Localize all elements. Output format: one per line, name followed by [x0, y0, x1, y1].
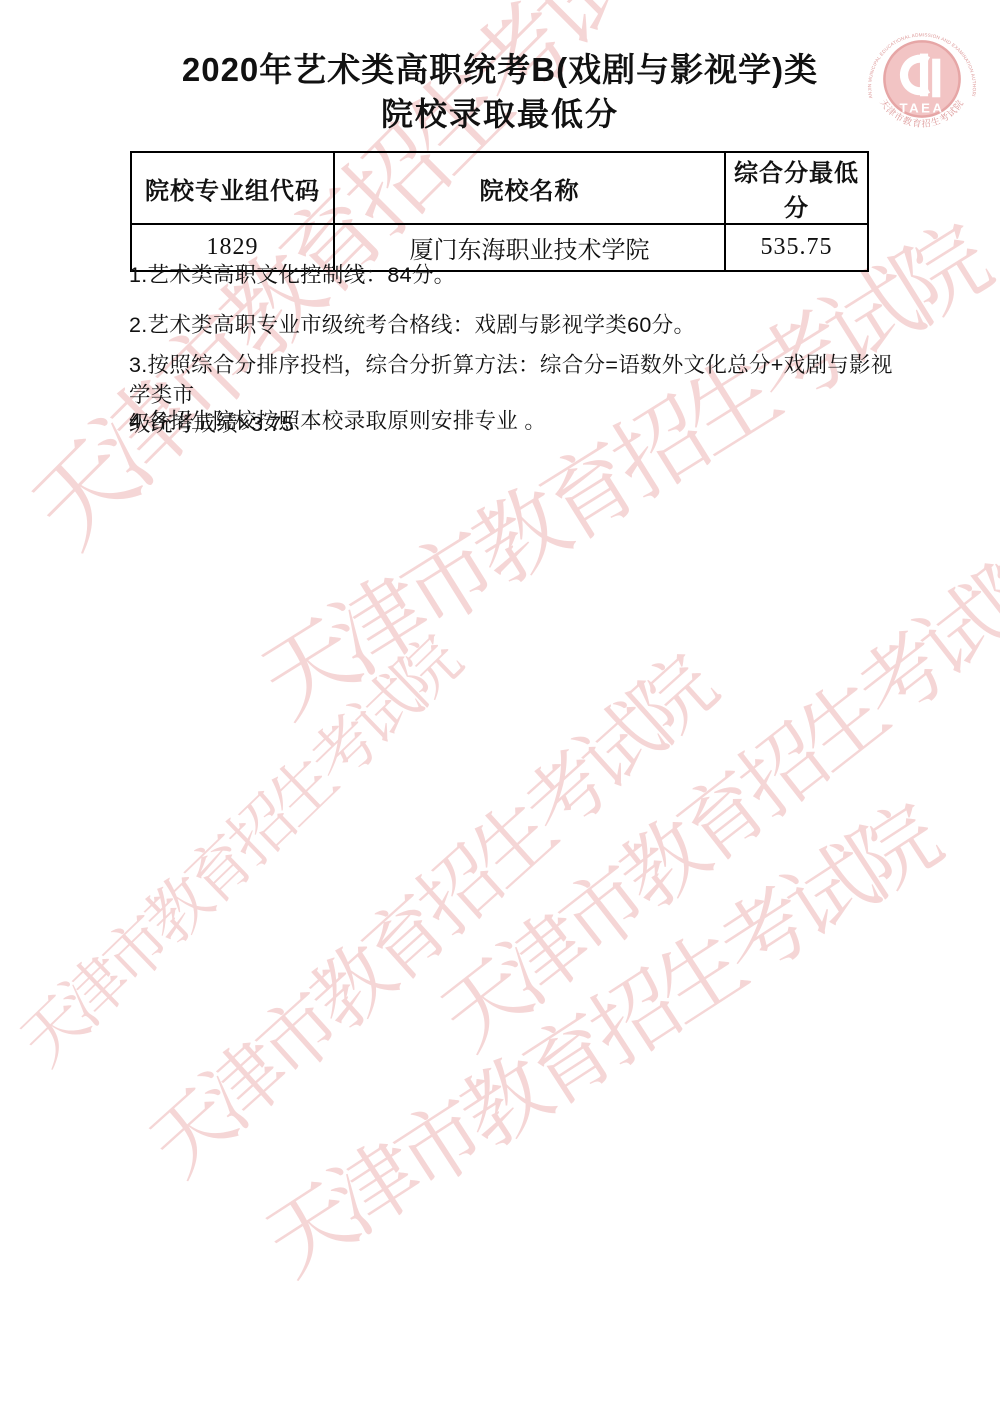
- note-1: 1.艺术类高职文化控制线：84分。: [129, 261, 894, 291]
- watermark-text: 天津市教育招生考试院: [428, 533, 1000, 1065]
- page-title-line1: 2020年艺术类高职统考B(戏剧与影视学)类: [0, 44, 1000, 91]
- watermark-text: 天津市教育招生考试院: [137, 648, 726, 1189]
- document-page: { "title": { "line1": "2020年艺术类高职统考B(戏剧与…: [0, 0, 1000, 1415]
- page-title-line2: 院校录取最低分: [0, 89, 1000, 135]
- watermark-text: 天津市教育招生考试院: [10, 630, 469, 1076]
- header-min-score: 综合分最低分: [725, 152, 868, 224]
- header-school-name: 院校名称: [334, 152, 725, 224]
- note-4: 4.各招生院校按照本校录取原则安排专业 。: [129, 407, 894, 437]
- watermark-text: 天津市教育招生考试院: [247, 215, 998, 732]
- header-group-code: 院校专业组代码: [131, 152, 334, 224]
- score-table: 院校专业组代码 院校名称 综合分最低分 1829 厦门东海职业技术学院 535.…: [130, 151, 869, 272]
- note-2: 2.艺术类高职专业市级统考合格线：戏剧与影视学类60分。: [129, 311, 894, 341]
- watermark-text: 天津市教育招生考试院: [252, 795, 948, 1289]
- table-header-row: 院校专业组代码 院校名称 综合分最低分: [131, 152, 868, 224]
